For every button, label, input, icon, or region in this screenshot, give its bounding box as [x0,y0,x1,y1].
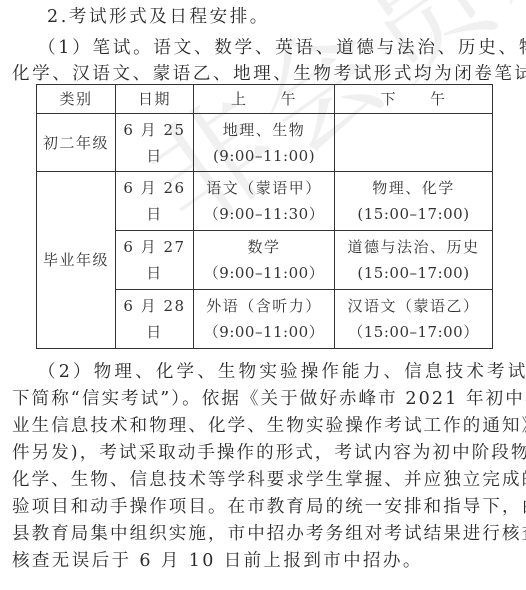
header-afternoon: 下 午 [335,85,493,114]
morning-time: （9:00–11:30） [194,201,334,227]
afternoon-time: （15:00–17:00） [335,319,492,345]
morning-subject: 外语（含听力） [194,293,334,319]
morning-time: （9:00–11:00） [194,319,334,345]
paragraph-2-line-6: 验项目和动手操作项目。在市教育局的统一安排和指导下，由旗 [12,497,526,517]
cell-category: 初二年级 [37,114,116,172]
afternoon-time: (15:00–17:00) [335,201,492,227]
cell-date: 6 月 28 日 [116,290,194,349]
table-row: 毕业年级 6 月 26 日 语文（蒙语甲） （9:00–11:30） 物理、化学… [37,172,493,231]
paragraph-1-line-1: （1）笔试。语文、数学、英语、道德与法治、历史、物理、 [38,38,526,58]
morning-subject: 地理、生物 [194,117,334,143]
cell-afternoon: 道德与法治、历史 (15:00–17:00) [335,231,493,290]
paragraph-2-line-5: 化学、生物、信息技术等学科要求学生掌握、并应独立完成的实 [12,470,526,490]
cell-afternoon [335,114,493,172]
paragraph-2-line-7: 县教育局集中组织实施，市中招办考务组对考试结果进行核查， [12,524,526,544]
header-morning: 上 午 [194,85,335,114]
cell-category: 毕业年级 [37,172,116,349]
exam-schedule-table: 类别 日期 上 午 下 午 初二年级 6 月 25 日 地理、生物 (9:00–… [36,84,493,349]
morning-subject: 语文（蒙语甲） [194,175,334,201]
cell-morning: 语文（蒙语甲） （9:00–11:30） [194,172,335,231]
cell-date: 6 月 26 日 [116,172,194,231]
table-row: 初二年级 6 月 25 日 地理、生物 (9:00–11:00) [37,114,493,172]
morning-subject: 数学 [194,234,334,260]
cell-morning: 数学 （9:00–11:00） [194,231,335,290]
cell-date: 6 月 27 日 [116,231,194,290]
morning-time: （9:00–11:00） [194,260,334,286]
afternoon-subject: 物理、化学 [335,175,492,201]
paragraph-2-line-3: 业生信息技术和物理、化学、生物实验操作考试工作的通知》(文 [12,416,526,436]
paragraph-2-line-1: （2）物理、化学、生物实验操作能力、信息技术考试（以 [38,362,526,382]
afternoon-time: (15:00–17:00) [335,260,492,286]
header-category: 类别 [37,85,116,114]
table-header-row: 类别 日期 上 午 下 午 [37,85,493,114]
header-date: 日期 [116,85,194,114]
afternoon-subject: 汉语文（蒙语乙） [335,293,492,319]
cell-date: 6 月 25 日 [116,114,194,172]
cell-morning: 外语（含听力） （9:00–11:00） [194,290,335,349]
section-heading: 2.考试形式及日程安排。 [47,7,526,27]
morning-time: (9:00–11:00) [194,143,334,169]
cell-afternoon: 物理、化学 (15:00–17:00) [335,172,493,231]
paragraph-2-line-2: 下简称“信实考试”）。依据《关于做好赤峰市 2021 年初中毕 [12,389,526,409]
paragraph-2-line-4: 件另发)，考试采取动手操作的形式，考试内容为初中阶段物理、 [12,443,526,463]
afternoon-subject: 道德与法治、历史 [335,234,492,260]
cell-afternoon: 汉语文（蒙语乙） （15:00–17:00） [335,290,493,349]
cell-morning: 地理、生物 (9:00–11:00) [194,114,335,172]
paragraph-1-line-2: 化学、汉语文、蒙语乙、地理、生物考试形式均为闭卷笔试。 [12,64,526,84]
paragraph-2-line-8: 核查无误后于 6 月 10 日前上报到市中招办。 [12,551,526,571]
